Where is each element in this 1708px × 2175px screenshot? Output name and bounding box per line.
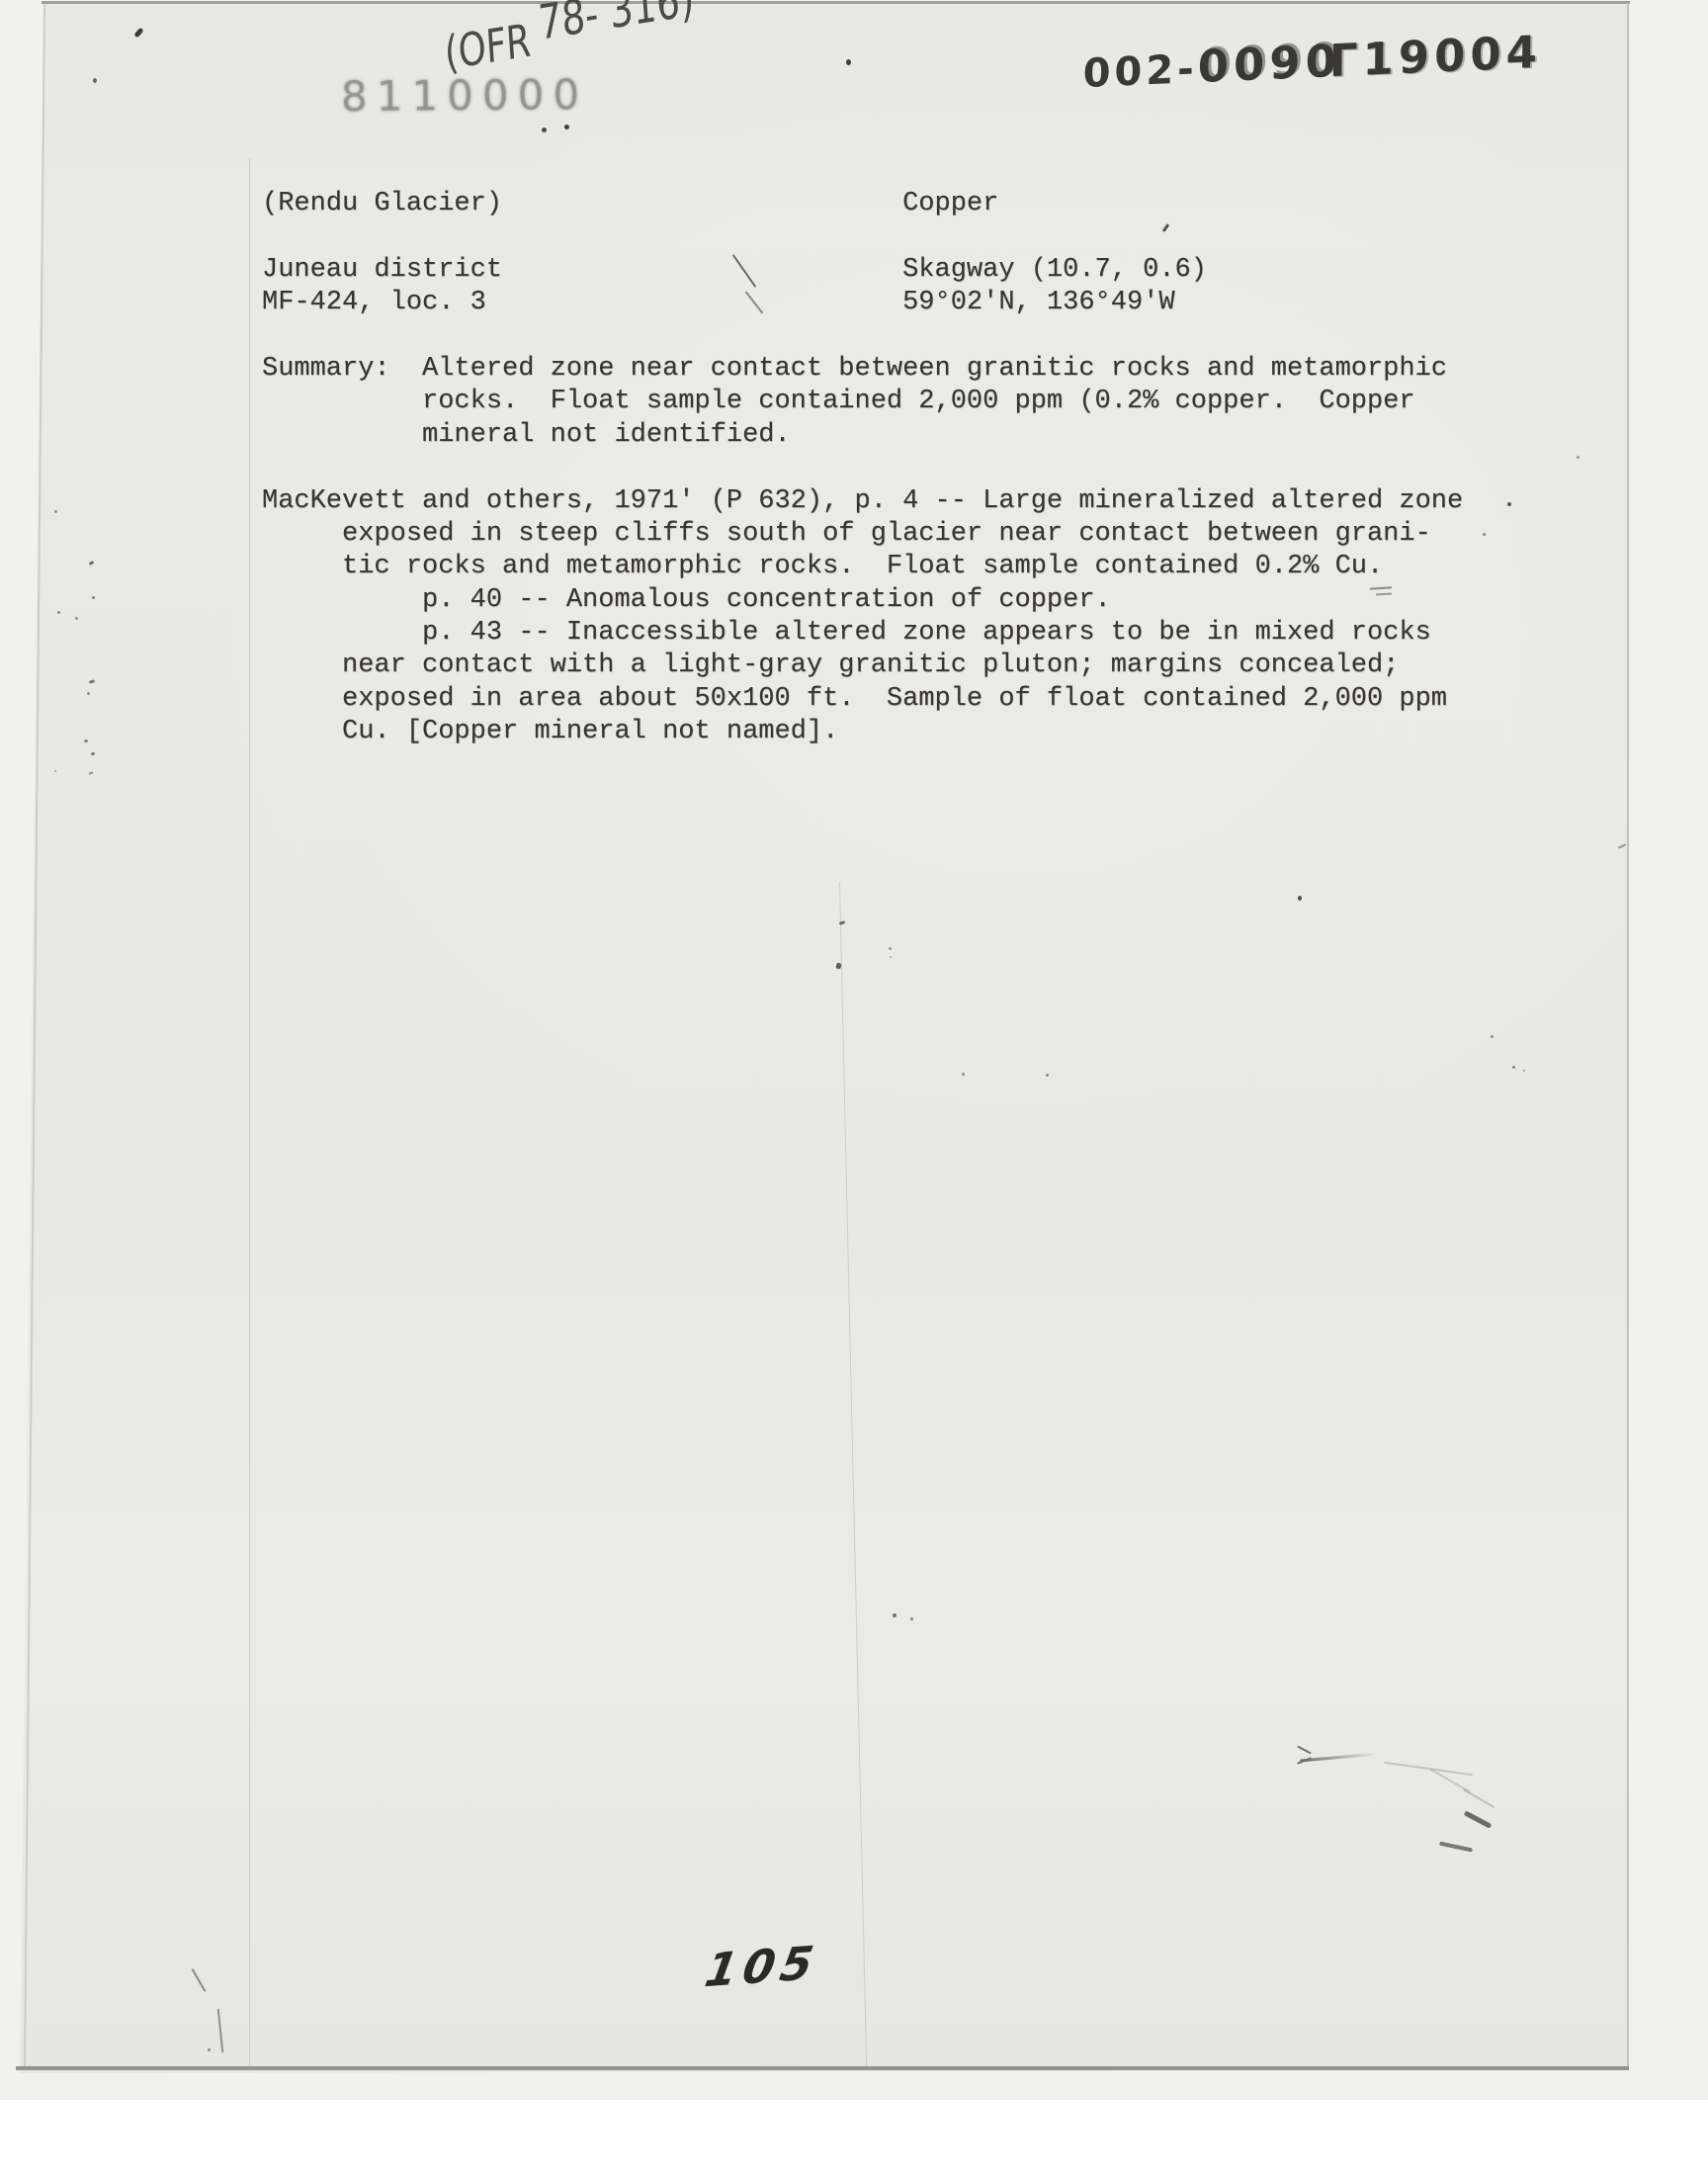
ink-speck: [75, 617, 78, 620]
ofr-note-suffix: 78- 316): [537, 0, 696, 51]
line-blank: [262, 452, 1463, 484]
ink-speck: [57, 611, 60, 614]
ink-speck: [93, 78, 97, 83]
line-blank: [262, 320, 1463, 353]
id-number-right: Γ19004: [1329, 26, 1542, 87]
paper-right-edge: [1627, 3, 1629, 2068]
line-reference-8: Cu. [Copper mineral not named].: [262, 716, 1463, 748]
line-reference-1: MacKevett and others, 1971' (P 632), p. …: [262, 485, 1463, 518]
handwritten-page-number: 105: [701, 1936, 822, 1998]
line-summary-3: mineral not identified.: [262, 419, 1463, 452]
ink-speck: [1046, 1074, 1049, 1077]
ink-speck: [1483, 533, 1486, 536]
line-blank: [262, 220, 1463, 253]
ink-speck: [208, 2048, 211, 2051]
ink-speck: [962, 1073, 965, 1076]
ink-speck: [910, 1617, 913, 1620]
line-reference-2: exposed in steep cliffs south of glacier…: [262, 518, 1463, 551]
ink-speck: [846, 59, 851, 65]
ink-speck: [1507, 502, 1511, 506]
ink-speck: [890, 956, 892, 958]
line-district-quadrangle: Juneau district Skagway (10.7, 0.6): [262, 254, 1463, 287]
ink-speck: [1491, 1035, 1494, 1038]
id-number-left: 002-: [1083, 46, 1198, 97]
line-summary-2: rocks. Float sample contained 2,000 ppm …: [262, 386, 1463, 418]
paper-bottom-edge: [16, 2066, 1629, 2070]
scanner-background: 8110000 (OFR78- 316) 002-0090Γ19004 (Ren…: [0, 0, 1708, 2100]
line-reference-4: p. 40 -- Anomalous concentration of copp…: [262, 584, 1463, 617]
line-reference-7: exposed in area about 50x100 ft. Sample …: [262, 683, 1463, 716]
ink-speck: [87, 692, 90, 695]
line-site-name-commodity: (Rendu Glacier) Copper: [262, 188, 1463, 220]
typed-text-block: (Rendu Glacier) Copper Juneau district S…: [262, 188, 1463, 749]
line-reference-3: tic rocks and metamorphic rocks. Float s…: [262, 551, 1463, 583]
ink-speck: [54, 510, 57, 513]
paper-crease: [249, 158, 250, 2066]
ink-speck: [1523, 1070, 1525, 1072]
id-number-mid: 0090: [1198, 35, 1342, 93]
ink-speck: [84, 739, 88, 742]
ink-speck: [564, 125, 569, 130]
ink-speck: [1577, 456, 1580, 459]
line-reference-6: near contact with a light-gray granitic …: [262, 650, 1463, 682]
ink-speck: [1298, 896, 1302, 901]
ink-speck: [889, 947, 892, 950]
line-summary-1: Summary: Altered zone near contact betwe…: [262, 353, 1463, 386]
paper-top-edge: [42, 1, 1630, 4]
line-locality-coordinates: MF-424, loc. 3 59°02'N, 136°49'W: [262, 287, 1463, 319]
ink-speck: [54, 770, 56, 772]
scanned-document-page: 8110000 (OFR78- 316) 002-0090Γ19004 (Ren…: [0, 0, 1708, 2175]
line-reference-5: p. 43 -- Inaccessible altered zone appea…: [262, 617, 1463, 650]
ink-speck: [1512, 1066, 1515, 1069]
ink-speck: [92, 596, 95, 599]
ink-speck: [542, 128, 547, 132]
ink-speck: [893, 1613, 897, 1617]
